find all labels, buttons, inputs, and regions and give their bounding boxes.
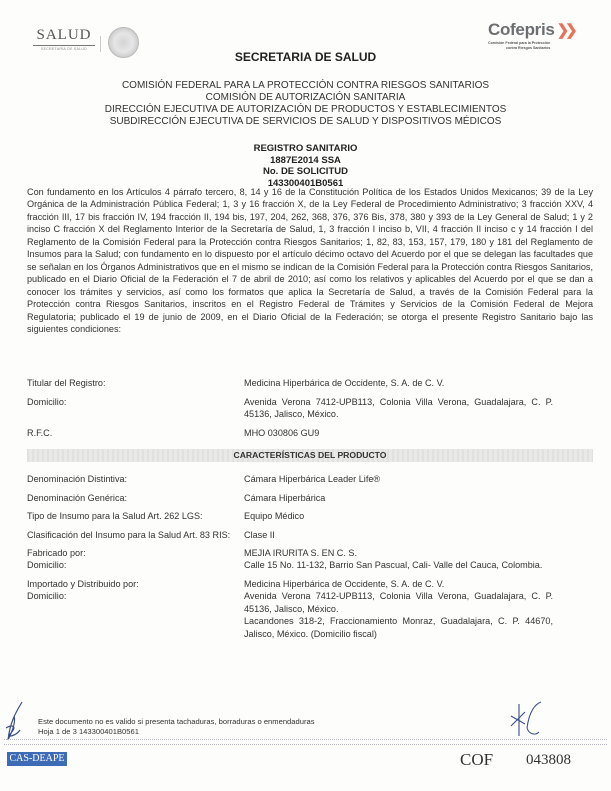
cof-number: 043808	[526, 752, 571, 769]
salud-logo-rule	[33, 45, 95, 46]
validity-note: Este documento no es valido si presenta …	[38, 717, 315, 727]
field-label: Titular del Registro:	[27, 377, 244, 389]
field-row-fabricado: Fabricado por: MEJIA IRURITA S. EN C. S.	[27, 547, 593, 559]
field-value: Cámara Hiperbárica Leader Life®	[244, 473, 593, 485]
field-label: Fabricado por:	[27, 547, 244, 559]
field-label: Clasificación del Insumo para la Salud A…	[27, 529, 244, 541]
cofepris-logo-wordmark: Cofepris ❯❯	[488, 20, 588, 40]
agency-line: DIRECCIÓN EJECUTIVA DE AUTORIZACIÓN DE P…	[0, 104, 611, 116]
field-value: Avenida Verona 7412-UPB113, Colonia Vill…	[244, 590, 553, 615]
salud-logo: SALUD SECRETARÍA DE SALUD	[33, 28, 95, 51]
field-label: Denominación Distintiva:	[27, 473, 244, 485]
field-row-titular: Titular del Registro: Medicina Hiperbári…	[27, 377, 593, 389]
field-label: Domicilio:	[27, 559, 244, 571]
importer-address-block: Avenida Verona 7412-UPB113, Colonia Vill…	[244, 590, 593, 640]
registration-label: REGISTRO SANITARIO	[0, 143, 611, 155]
field-row-clasificacion: Clasificación del Insumo para la Salud A…	[27, 529, 593, 541]
agency-line: SUBDIRECCIÓN EJECUTIVA DE SERVICIOS DE S…	[0, 116, 611, 128]
field-label: Domicilio:	[27, 590, 244, 640]
microprint-line	[4, 744, 607, 746]
field-row-denominacion-generica: Denominación Genérica: Cámara Hiperbáric…	[27, 492, 593, 504]
salud-logo-text: SALUD	[33, 28, 95, 43]
field-value: Medicina Hiperbárica de Occidente, S. A.…	[244, 578, 593, 590]
field-row-importador-domicilio: Domicilio: Avenida Verona 7412-UPB113, C…	[27, 590, 593, 640]
field-label: Denominación Genérica:	[27, 492, 244, 504]
page-info: Hoja 1 de 3 143300401B0561	[38, 727, 315, 737]
field-row-tipo-insumo: Tipo de Insumo para la Salud Art. 262 LG…	[27, 510, 593, 522]
agency-line: COMISIÓN DE AUTORIZACIÓN SANITARIA	[0, 92, 611, 104]
field-value: Cámara Hiperbárica	[244, 492, 593, 504]
field-label: Importado y Distribuido por:	[27, 578, 244, 590]
cofepris-subtitle-line1: Comisión Federal para la Protección	[488, 41, 588, 45]
field-value: Equipo Médico	[244, 510, 593, 522]
product-fields: Denominación Distintiva: Cámara Hiperbár…	[27, 473, 593, 547]
field-value: Avenida Verona 7412-UPB113, Colonia Vill…	[244, 396, 593, 421]
legal-paragraph: Con fundamento en los Artículos 4 párraf…	[27, 186, 593, 335]
field-row-rfc: R.F.C. MHO 030806 GU9	[27, 427, 593, 439]
agency-headings: COMISIÓN FEDERAL PARA LA PROTECCIÓN CONT…	[0, 80, 611, 128]
field-row-fabricante-domicilio: Domicilio: Calle 15 No. 11-132, Barrio S…	[27, 559, 593, 571]
field-row-denominacion-distintiva: Denominación Distintiva: Cámara Hiperbár…	[27, 473, 593, 485]
holder-fields: Titular del Registro: Medicina Hiperbári…	[27, 377, 593, 445]
registration-number: 1887E2014 SSA	[0, 155, 611, 167]
field-value: Clase II	[244, 529, 593, 541]
importer-fields: Importado y Distribuido por: Medicina Hi…	[27, 578, 593, 640]
signature-icon	[505, 698, 545, 740]
double-chevron-right-icon: ❯❯	[557, 21, 574, 39]
field-value: Medicina Hiperbárica de Occidente, S. A.…	[244, 377, 593, 389]
field-label: R.F.C.	[27, 427, 244, 439]
field-value-fiscal: Lacandones 318-2, Fraccionamiento Monraz…	[244, 615, 553, 640]
cas-deape-badge: CAS-DEAPE	[7, 752, 67, 766]
footer-note: Este documento no es valido si presenta …	[38, 717, 315, 736]
field-row-domicilio: Domicilio: Avenida Verona 7412-UPB113, C…	[27, 396, 593, 421]
field-value: MEJIA IRURITA S. EN C. S.	[244, 547, 593, 559]
document-title: SECRETARIA DE SALUD	[0, 50, 611, 64]
field-label: Tipo de Insumo para la Salud Art. 262 LG…	[27, 510, 244, 522]
microprint-line	[4, 739, 607, 741]
solicitud-label: No. DE SOLICITUD	[0, 166, 611, 178]
agency-line: COMISIÓN FEDERAL PARA LA PROTECCIÓN CONT…	[0, 80, 611, 92]
field-value: MHO 030806 GU9	[244, 427, 593, 439]
product-section-header: CARACTERÍSTICAS DEL PRODUCTO	[27, 449, 593, 462]
field-value: Calle 15 No. 11-132, Barrio San Pascual,…	[244, 559, 593, 571]
cofepris-logo-text: Cofepris	[488, 20, 555, 40]
field-label: Domicilio:	[27, 396, 244, 421]
registration-block: REGISTRO SANITARIO 1887E2014 SSA No. DE …	[0, 143, 611, 189]
cof-label: COF	[460, 750, 493, 770]
cofepris-logo: Cofepris ❯❯ Comisión Federal para la Pro…	[488, 20, 588, 50]
manufacturer-fields: Fabricado por: MEJIA IRURITA S. EN C. S.…	[27, 547, 593, 572]
field-row-importado: Importado y Distribuido por: Medicina Hi…	[27, 578, 593, 590]
